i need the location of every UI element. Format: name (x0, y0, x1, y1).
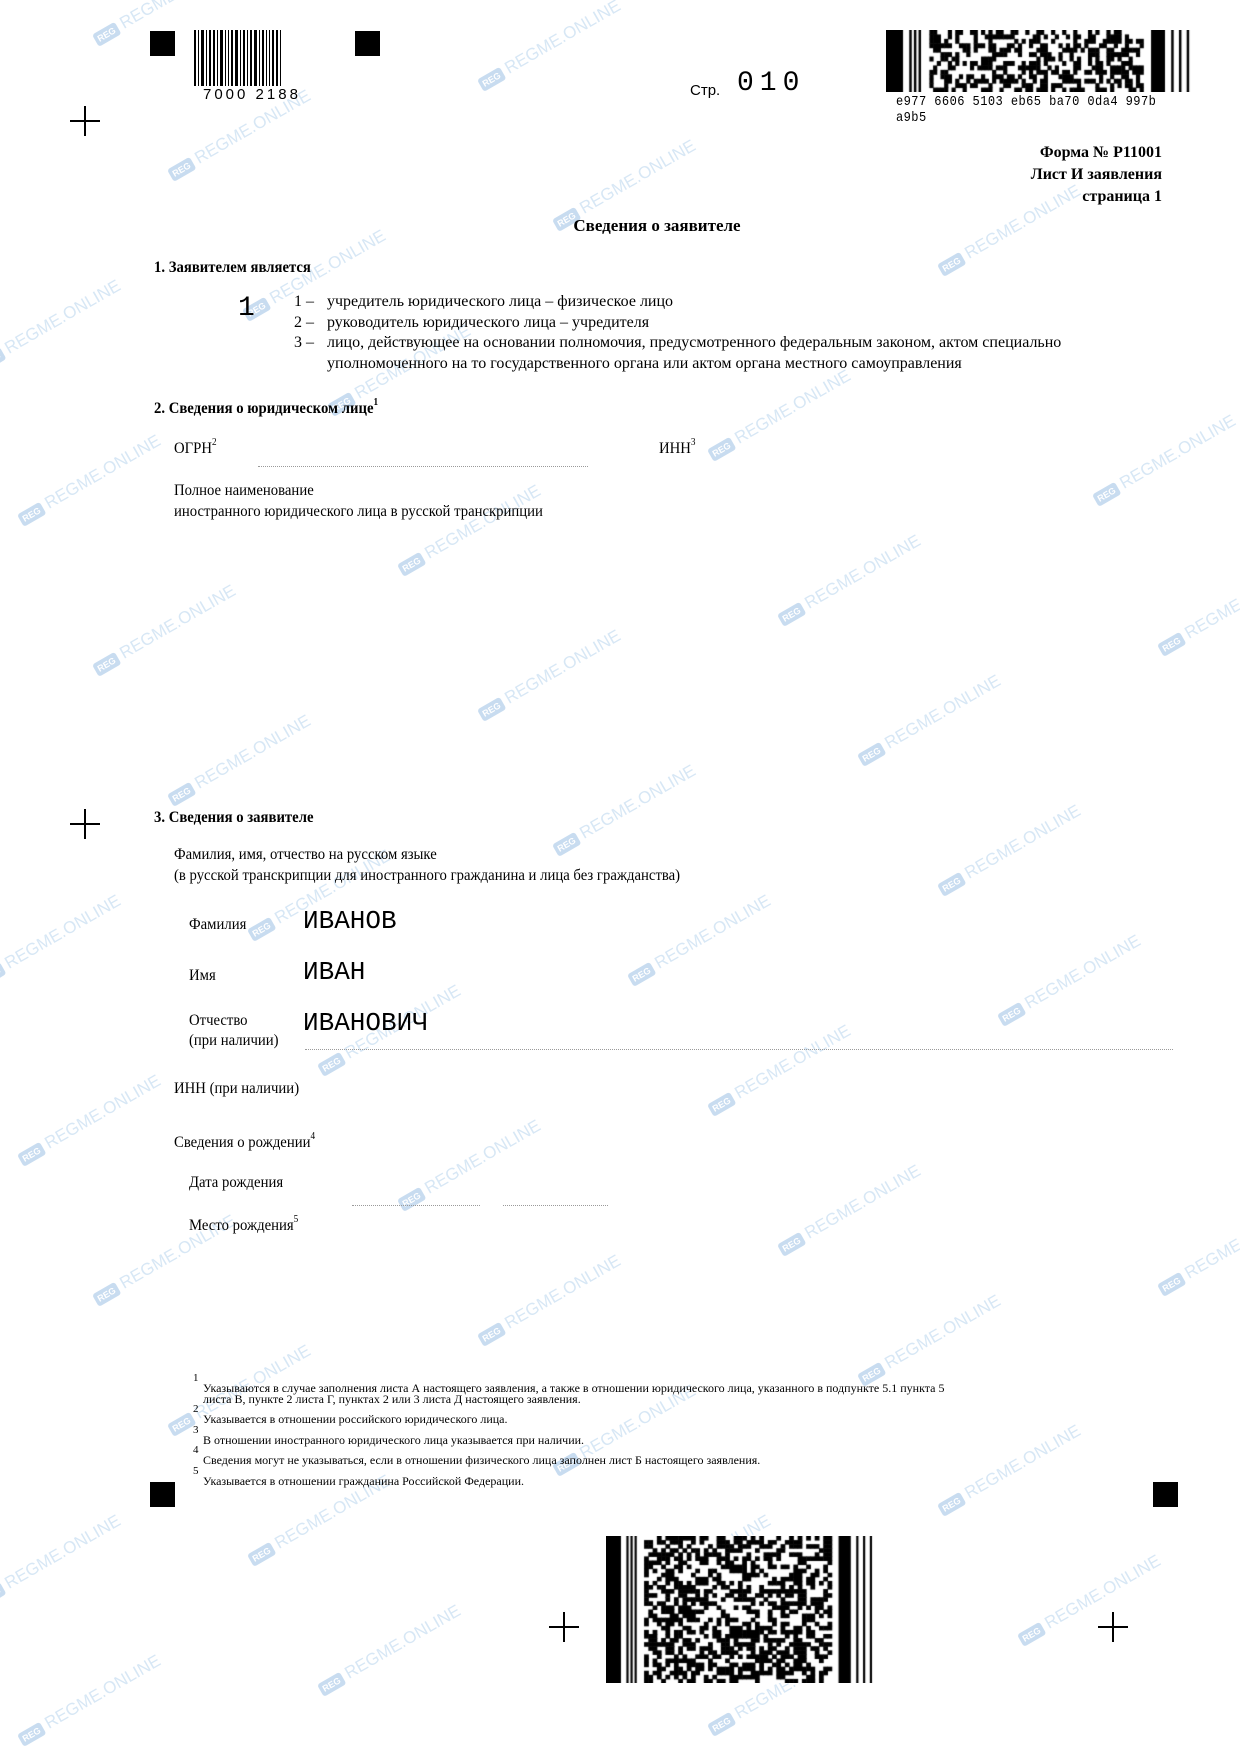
watermark-badge-icon: REG (0, 1582, 6, 1607)
watermark-badge-icon: REG (1157, 632, 1186, 657)
watermark: REGREGME.ONLINE (625, 891, 774, 989)
watermark-badge-icon: REG (707, 437, 736, 462)
sheet-label: Лист И заявления (1031, 164, 1162, 186)
watermark: REGREGME.ONLINE (550, 761, 699, 859)
footnote: 1Указываются в случае заполнения листа А… (193, 1373, 1173, 1404)
section-3-heading: 3. Сведения о заявителе (154, 809, 313, 827)
watermark-text: REGME.ONLINE (881, 1291, 1003, 1373)
form-header: Форма № Р11001 Лист И заявления страница… (1031, 142, 1162, 208)
fio-label-line2: (в русской транскрипции для иностранного… (174, 867, 680, 885)
applicant-type-option: 1 –учредитель юридического лица – физиче… (294, 292, 1061, 313)
footnote-text: Сведения могут не указываться, если в от… (193, 1455, 1173, 1466)
watermark-badge-icon: REG (937, 252, 966, 277)
name-field[interactable]: ИВАН (303, 957, 365, 987)
watermark: REGREGME.ONLINE (15, 431, 164, 529)
watermark-text: REGME.ONLINE (576, 136, 698, 218)
crosshair-mark-icon (70, 809, 100, 839)
barcode-number: 7000 2188 (203, 86, 301, 103)
footnote: 3В отношении иностранного юридического л… (193, 1425, 1173, 1446)
name-label: Имя (189, 967, 216, 985)
watermark-badge-icon: REG (477, 697, 506, 722)
watermark-badge-icon: REG (1017, 1622, 1046, 1647)
watermark: REGREGME.ONLINE (775, 531, 924, 629)
applicant-type-option: уполномоченного на то государственного о… (294, 354, 1061, 375)
footnote-text: Указывается в отношении гражданина Росси… (193, 1476, 1173, 1487)
page-label: Стр. (690, 82, 720, 99)
footnote-text: Указывается в отношении российского юрид… (193, 1414, 1173, 1425)
footnote-ref: 2 (212, 437, 217, 448)
watermark-text: REGME.ONLINE (341, 1601, 463, 1683)
surname-field[interactable]: ИВАНОВ (303, 906, 397, 936)
watermark-text: REGME.ONLINE (881, 671, 1003, 753)
watermark: REGREGME.ONLINE (705, 366, 854, 464)
watermark-badge-icon: REG (17, 502, 46, 527)
watermark: REGREGME.ONLINE (1090, 411, 1239, 509)
footnotes: 1Указываются в случае заполнения листа А… (193, 1373, 1173, 1486)
watermark-badge-icon: REG (937, 872, 966, 897)
watermark: REGREGME.ONLINE (1155, 561, 1240, 659)
section-2-heading: 2. Сведения о юридическом лице1 (154, 397, 378, 418)
birth-place-label: Место рождения5 (189, 1214, 298, 1235)
watermark-badge-icon: REG (1092, 482, 1121, 507)
watermark: REGREGME.ONLINE (775, 1161, 924, 1259)
footnote-ref: 5 (294, 1214, 299, 1225)
watermark-text: REGME.ONLINE (501, 0, 623, 78)
watermark-text: REGME.ONLINE (421, 1116, 543, 1198)
watermark: REGREGME.ONLINE (15, 1071, 164, 1169)
watermark-text: REGME.ONLINE (1181, 561, 1240, 643)
watermark-badge-icon: REG (707, 1712, 736, 1737)
ogrn-field[interactable] (258, 466, 588, 467)
footnote-ref: 4 (310, 1131, 315, 1142)
applicant-type-option: 3 –лицо, действующее на основании полном… (294, 333, 1061, 354)
form-number: Форма № Р11001 (1031, 142, 1162, 164)
watermark: REGREGME.ONLINE (1015, 1551, 1164, 1649)
watermark-text: REGME.ONLINE (41, 431, 163, 513)
watermark-badge-icon: REG (707, 1092, 736, 1117)
watermark: REGREGME.ONLINE (475, 1251, 624, 1349)
watermark-text: REGME.ONLINE (1181, 1201, 1240, 1283)
watermark: REGREGME.ONLINE (15, 1651, 164, 1749)
page-number: 010 (737, 68, 805, 99)
option-text: лицо, действующее на основании полномочи… (327, 333, 1061, 354)
patronymic-label-line2: (при наличии) (189, 1032, 279, 1050)
section-1-heading: 1. Заявителем является (154, 259, 311, 277)
watermark-text: REGME.ONLINE (651, 891, 773, 973)
option-number: 1 – (294, 292, 327, 313)
watermark-text: REGME.ONLINE (961, 801, 1083, 883)
watermark-badge-icon: REG (92, 1282, 121, 1307)
watermark-text: REGME.ONLINE (191, 711, 313, 793)
watermark-text: REGME.ONLINE (1, 276, 123, 358)
patronymic-field-dotted-line (305, 1049, 1173, 1050)
watermark: REGREGME.ONLINE (90, 581, 239, 679)
watermark-text: REGME.ONLINE (1, 1511, 123, 1593)
watermark-badge-icon: REG (92, 652, 121, 677)
patronymic-field[interactable]: ИВАНОВИЧ (303, 1008, 428, 1038)
registration-square (150, 31, 175, 56)
watermark-badge-icon: REG (397, 1187, 426, 1212)
patronymic-label-line1: Отчество (189, 1012, 248, 1030)
person-inn-label: ИНН (при наличии) (174, 1080, 299, 1098)
footnote-number: 3 (193, 1425, 199, 1436)
watermark-badge-icon: REG (857, 742, 886, 767)
watermark-text: REGME.ONLINE (116, 581, 238, 663)
watermark-badge-icon: REG (317, 1052, 346, 1077)
footnote-number: 2 (193, 1404, 199, 1415)
watermark-badge-icon: REG (397, 552, 426, 577)
watermark: REGREGME.ONLINE (0, 891, 124, 989)
watermark-text: REGME.ONLINE (501, 626, 623, 708)
footnote: 4Сведения могут не указываться, если в о… (193, 1445, 1173, 1466)
watermark: REGREGME.ONLINE (395, 481, 544, 579)
applicant-type-value[interactable]: 1 (238, 293, 255, 324)
watermark-badge-icon: REG (0, 962, 6, 987)
applicant-type-option: 2 –руководитель юридического лица – учре… (294, 313, 1061, 334)
footnote-ref: 1 (373, 397, 378, 408)
watermark: REGREGME.ONLINE (395, 1116, 544, 1214)
watermark-badge-icon: REG (167, 782, 196, 807)
crosshair-mark-icon (1098, 1612, 1128, 1642)
inn-label-text: ИНН (659, 440, 691, 457)
watermark: REGREGME.ONLINE (1155, 1201, 1240, 1299)
option-text: уполномоченного на то государственного о… (327, 354, 962, 375)
watermark-badge-icon: REG (937, 1492, 966, 1517)
watermark-badge-icon: REG (997, 1002, 1026, 1027)
watermark: REGREGME.ONLINE (995, 931, 1144, 1029)
watermark: REGREGME.ONLINE (475, 626, 624, 724)
footnote-text: В отношении иностранного юридического ли… (193, 1435, 1173, 1446)
section-2-heading-text: 2. Сведения о юридическом лице (154, 400, 373, 417)
pdf417-barcode-bottom (606, 1536, 878, 1683)
watermark-text: REGME.ONLINE (801, 1161, 923, 1243)
watermark-badge-icon: REG (552, 832, 581, 857)
watermark-badge-icon: REG (317, 1672, 346, 1697)
watermark: REGREGME.ONLINE (705, 1021, 854, 1119)
birth-date-day-month-field[interactable] (352, 1205, 480, 1206)
registration-square (150, 1482, 175, 1507)
footnote-ref: 3 (691, 437, 696, 448)
watermark: REGREGME.ONLINE (935, 801, 1084, 899)
applicant-type-options: 1 –учредитель юридического лица – физиче… (294, 292, 1061, 374)
watermark: REGREGME.ONLINE (475, 0, 624, 94)
watermark-text: REGME.ONLINE (731, 366, 853, 448)
watermark-text: REGME.ONLINE (576, 761, 698, 843)
watermark: REGREGME.ONLINE (0, 1511, 124, 1609)
watermark-badge-icon: REG (1157, 1272, 1186, 1297)
footnote: 5Указывается в отношении гражданина Росс… (193, 1466, 1173, 1487)
footnote: 2Указывается в отношении российского юри… (193, 1404, 1173, 1425)
watermark-badge-icon: REG (167, 1412, 196, 1437)
birth-place-label-text: Место рождения (189, 1217, 294, 1234)
watermark-text: REGME.ONLINE (1021, 931, 1143, 1013)
watermark-badge-icon: REG (17, 1722, 46, 1747)
fullname-label-line1: Полное наименование (174, 482, 314, 500)
option-text: учредитель юридического лица – физическо… (327, 292, 673, 313)
watermark-badge-icon: REG (247, 1542, 276, 1567)
watermark-text: REGME.ONLINE (1116, 411, 1238, 493)
footnote-number: 5 (193, 1466, 199, 1477)
option-number: 2 – (294, 313, 327, 334)
watermark-text: REGME.ONLINE (116, 0, 238, 33)
surname-label: Фамилия (189, 916, 246, 934)
watermark-badge-icon: REG (777, 602, 806, 627)
watermark-text: REGME.ONLINE (501, 1251, 623, 1333)
watermark-badge-icon: REG (777, 1232, 806, 1257)
watermark-badge-icon: REG (627, 962, 656, 987)
watermark: REGREGME.ONLINE (0, 276, 124, 374)
pdf417-barcode-top (886, 30, 1196, 92)
fullname-label-line2: иностранного юридического лица в русской… (174, 503, 543, 521)
crosshair-mark-icon (70, 106, 100, 136)
crosshair-mark-icon (549, 1612, 579, 1642)
page-of-sheet: страница 1 (1031, 186, 1162, 208)
watermark: REGREGME.ONLINE (165, 711, 314, 809)
fio-label-line1: Фамилия, имя, отчество на русском языке (174, 846, 437, 864)
watermark-badge-icon: REG (477, 67, 506, 92)
ogrn-label-text: ОГРН (174, 440, 212, 457)
watermark-text: REGME.ONLINE (801, 531, 923, 613)
birth-date-label: Дата рождения (189, 1174, 283, 1192)
watermark-badge-icon: REG (247, 917, 276, 942)
registration-square (355, 31, 380, 56)
birth-info-label: Сведения о рождении4 (174, 1131, 315, 1152)
watermark: REGREGME.ONLINE (315, 1601, 464, 1699)
birth-info-label-text: Сведения о рождении (174, 1134, 310, 1151)
watermark-text: REGME.ONLINE (41, 1651, 163, 1733)
watermark-text: REGME.ONLINE (421, 481, 543, 563)
watermark-text: REGME.ONLINE (731, 1021, 853, 1103)
footnote-number: 1 (193, 1373, 199, 1384)
watermark-badge-icon: REG (17, 1142, 46, 1167)
watermark-text: REGME.ONLINE (41, 1071, 163, 1153)
document-hash: e977 6606 5103 eb65 ba70 0da4 997b a9b5 (896, 94, 1192, 126)
watermark-badge-icon: REG (167, 157, 196, 182)
footnote-number: 4 (193, 1445, 199, 1456)
option-number (294, 354, 327, 375)
watermark-badge-icon: REG (92, 22, 121, 47)
birth-date-year-field[interactable] (503, 1205, 608, 1206)
ogrn-label: ОГРН2 (174, 437, 217, 458)
linear-barcode (194, 30, 330, 86)
watermark-badge-icon: REG (477, 1322, 506, 1347)
watermark: REGREGME.ONLINE (855, 671, 1004, 769)
watermark-text: REGME.ONLINE (1, 891, 123, 973)
option-number: 3 – (294, 333, 327, 354)
inn-label: ИНН3 (659, 437, 695, 458)
option-text: руководитель юридического лица – учредит… (327, 313, 649, 334)
watermark-badge-icon: REG (0, 347, 6, 372)
page-title: Сведения о заявителе (0, 216, 1240, 236)
footnote-text: листа В, пункте 2 листа Г, пунктах 2 или… (193, 1394, 1173, 1405)
